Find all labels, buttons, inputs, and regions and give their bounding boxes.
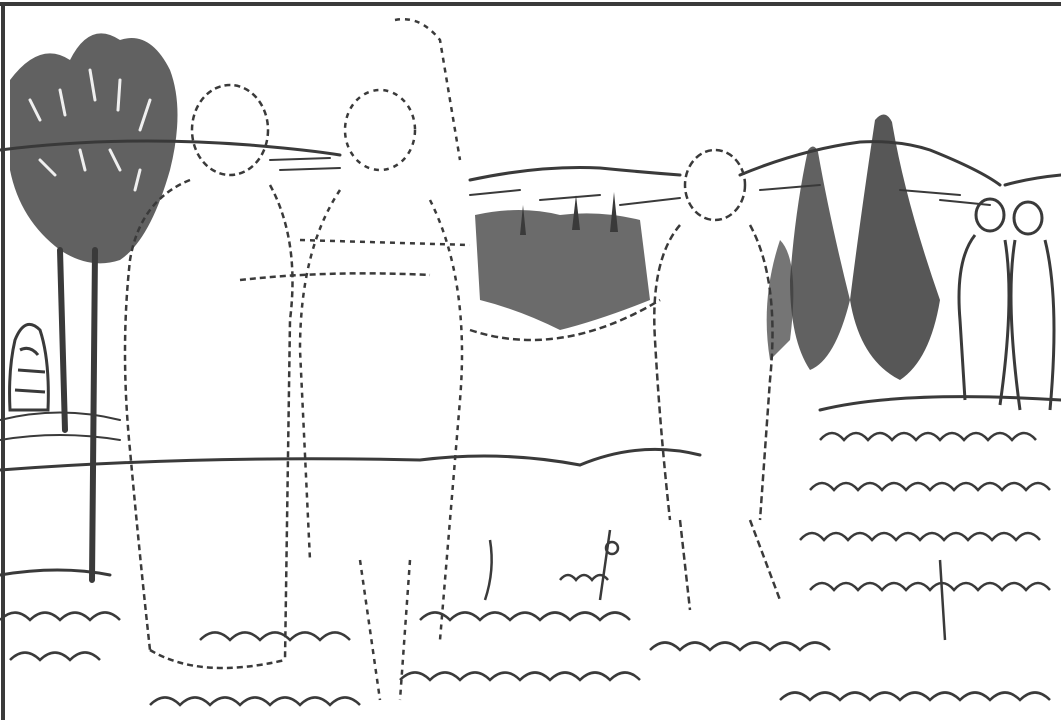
- woodcut-illustration: [0, 0, 1061, 720]
- illustration-canvas: [0, 0, 1061, 720]
